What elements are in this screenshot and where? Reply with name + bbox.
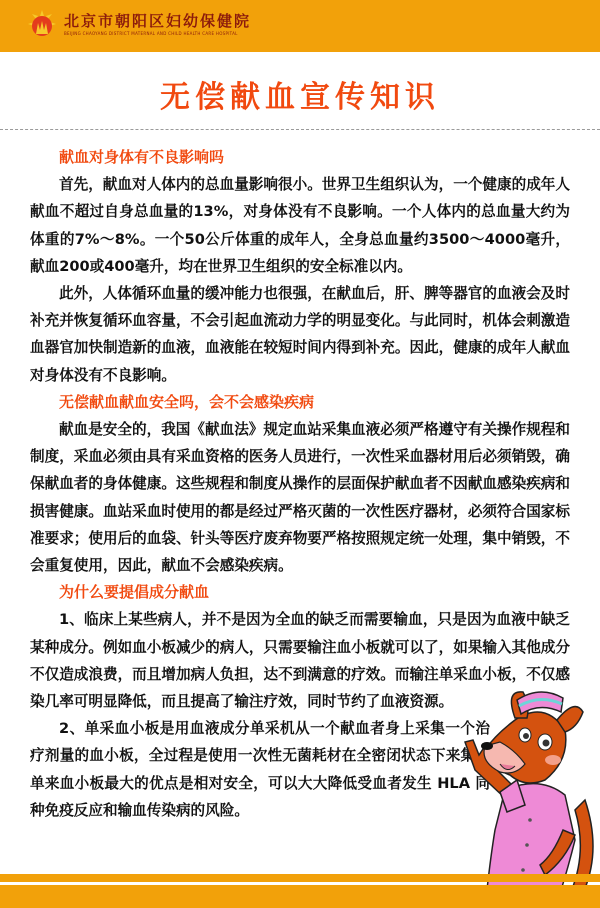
paragraph: 首先，献血对人体内的总血量影响很小。世界卫生组织认为，一个健康的成年人献血不超过… bbox=[30, 171, 570, 280]
footer-stripe-thick bbox=[0, 885, 600, 908]
section-heading: 为什么要提倡成分献血 bbox=[30, 579, 570, 606]
sun-hands-logo-icon bbox=[28, 10, 56, 38]
paragraph: 2、单采血小板是用血液成分单采机从一个献血者身上采集一个治疗剂量的血小板，全过程… bbox=[30, 715, 490, 824]
org-name: 北京市朝阳区妇幼保健院 bbox=[64, 12, 251, 30]
paragraph: 此外，人体循环血量的缓冲能力也很强，在献血后，肝、脾等器官的血液会及时补充并恢复… bbox=[30, 280, 570, 389]
section-heading: 无偿献血献血安全吗，会不会感染疾病 bbox=[30, 389, 570, 416]
org-subtitle: BEIJING CHAOYANG DISTRICT MATERNAL AND C… bbox=[64, 31, 238, 36]
paragraph: 献血是安全的，我国《献血法》规定血站采集血液必须严格遵守有关操作规程和制度，采血… bbox=[30, 416, 570, 579]
dashed-divider bbox=[0, 129, 600, 130]
page-title: 无偿献血宣传知识 bbox=[0, 78, 600, 118]
footer-stripe-thin bbox=[0, 874, 600, 882]
header-banner: 北京市朝阳区妇幼保健院 BEIJING CHAOYANG DISTRICT MA… bbox=[0, 0, 600, 52]
section-heading: 献血对身体有不良影响吗 bbox=[30, 144, 570, 171]
